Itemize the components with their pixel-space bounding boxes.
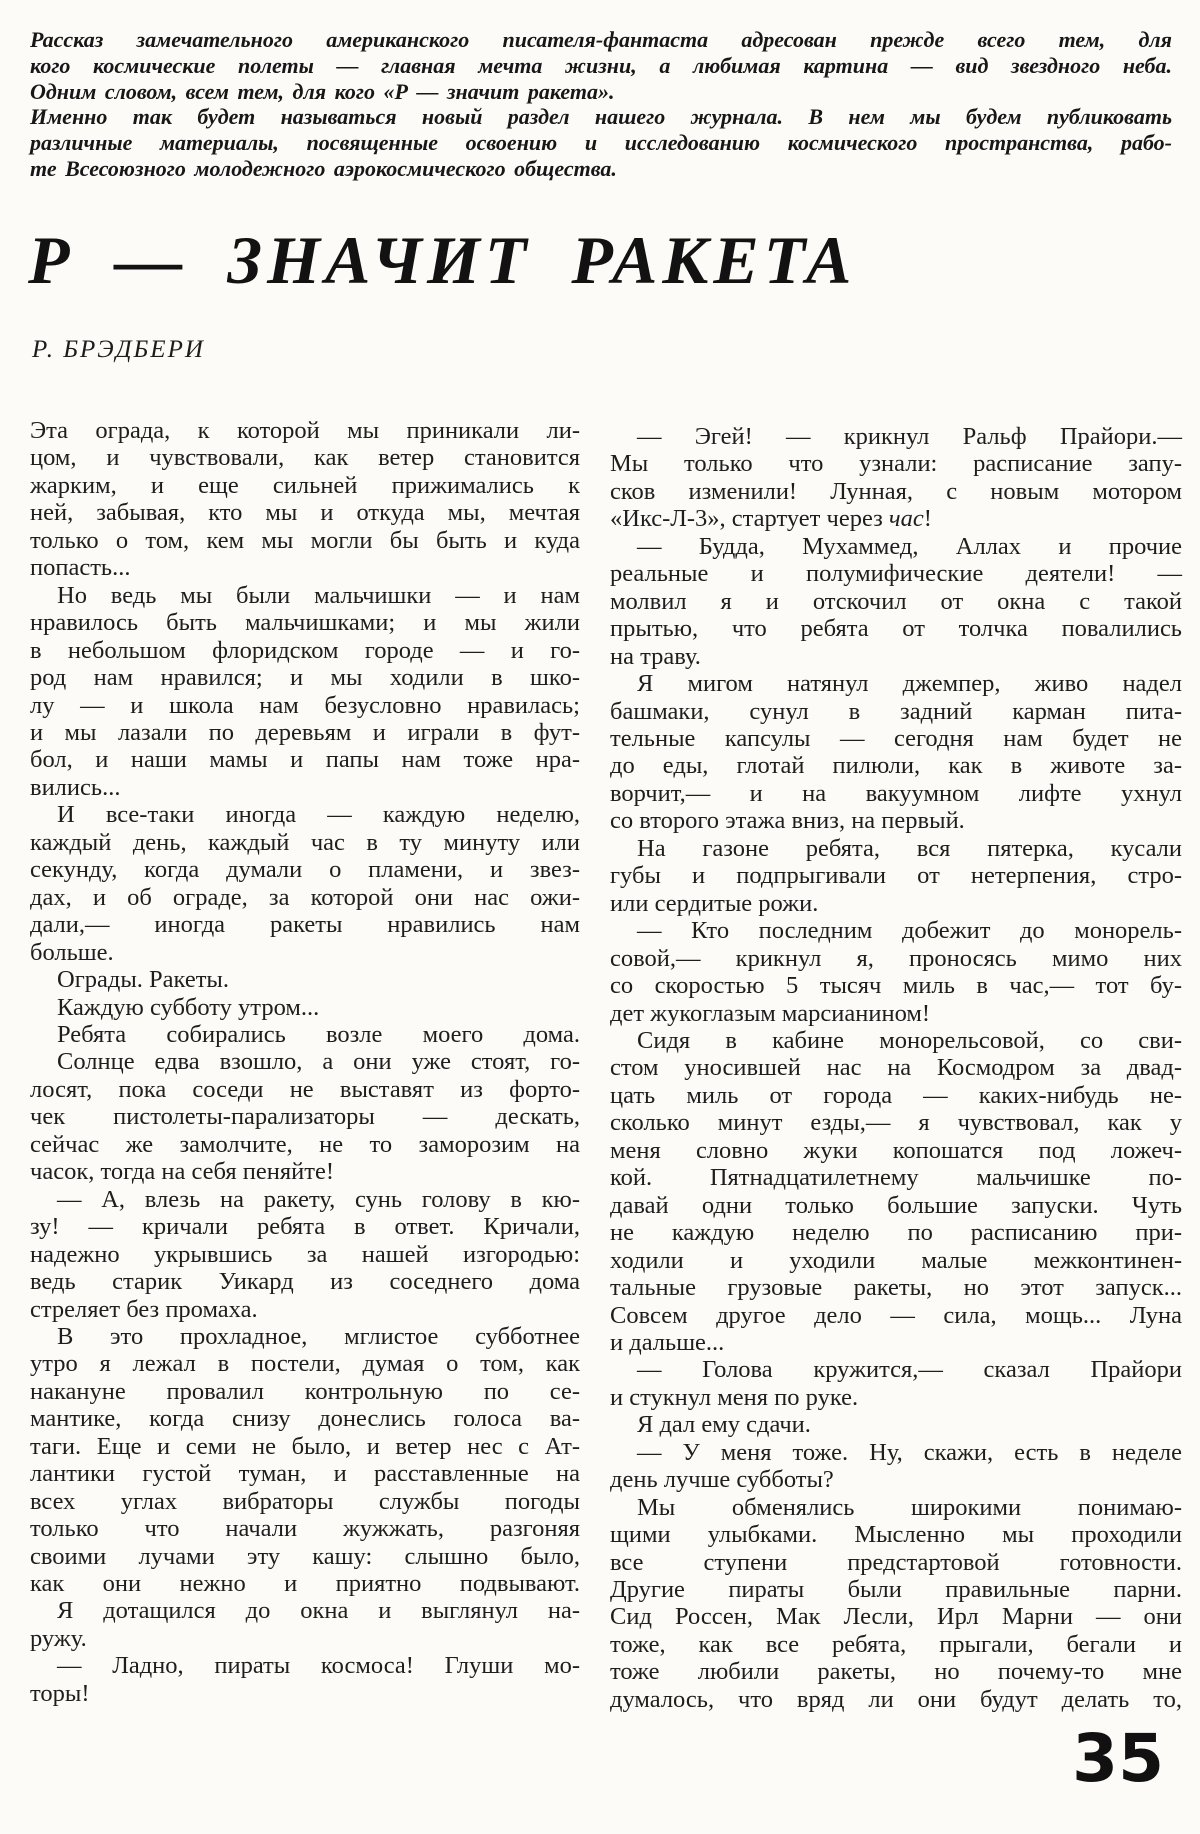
text-line: лу — и школа нам безусловно нравилась; bbox=[30, 692, 580, 719]
text-line: до еды, глотай пилюли, как в животе за- bbox=[610, 752, 1182, 779]
text-line: со второго этажа вниз, на первый. bbox=[610, 807, 1182, 834]
text-line: больше. bbox=[30, 939, 580, 966]
text-line: те Всесоюзного молодежного аэрокосмическ… bbox=[30, 156, 1172, 182]
text-line: тельные капсулы — сегодня нам будет не bbox=[610, 725, 1182, 752]
author-name: Р. БРЭДБЕРИ bbox=[32, 336, 205, 364]
text-line: кой. Пятнадцатилетнему мальчишке по- bbox=[610, 1164, 1182, 1191]
text-line: ведь старик Уикард из соседнего дома bbox=[30, 1268, 580, 1295]
text-line: на траву. bbox=[610, 643, 1182, 670]
text-line: род нам нравился; и мы ходили в шко- bbox=[30, 664, 580, 691]
text-line: бол, и наши мамы и папы нам тоже нра- bbox=[30, 746, 580, 773]
text-line: Я дал ему сдачи. bbox=[610, 1411, 1182, 1438]
text-line: Я мигом натянул джемпер, живо надел bbox=[610, 670, 1182, 697]
text-line: торы! bbox=[30, 1680, 580, 1707]
text-line: меня словно жуки копошатся под ложеч- bbox=[610, 1137, 1182, 1164]
text-line: — У меня тоже. Ну, скажи, есть в неделе bbox=[610, 1439, 1182, 1466]
text-line: часок, тогда на себя пеняйте! bbox=[30, 1158, 580, 1185]
story-title: Р — ЗНАЧИТ РАКЕТА bbox=[28, 226, 1028, 294]
text-line: надежно укрывшись за нашей изгородью: bbox=[30, 1241, 580, 1268]
text-line: тальные грузовые ракеты, но этот запуск.… bbox=[610, 1274, 1182, 1301]
text-line: Совсем другое дело — сила, мощь... Луна bbox=[610, 1302, 1182, 1329]
text-line: сколько минут езды,— я чувствовал, как у bbox=[610, 1109, 1182, 1136]
text-line: Одним словом, всем тем, для кого «Р — зн… bbox=[30, 79, 1172, 105]
text-line: всех углах вибраторы службы погоды bbox=[30, 1488, 580, 1515]
text-line: Ограды. Ракеты. bbox=[30, 966, 580, 993]
text-line: Мы только что узнали: расписание запу- bbox=[610, 450, 1182, 477]
text-line: как они нежно и приятно подвывают. bbox=[30, 1570, 580, 1597]
text-line: Солнце едва взошло, а они уже стоят, го- bbox=[30, 1048, 580, 1075]
text-line: дет жукоглазым марсианином! bbox=[610, 1000, 1182, 1027]
page-number: 35 bbox=[1072, 1726, 1164, 1792]
text-line: — А, влезь на ракету, сунь голову в кю- bbox=[30, 1186, 580, 1213]
text-line: молвил я и отскочил от окна с такой bbox=[610, 588, 1182, 615]
text-line: щими улыбками. Мысленно мы проходили bbox=[610, 1521, 1182, 1548]
text-line: дах, и об ограде, за которой они нас ожи… bbox=[30, 884, 580, 911]
text-line: Ребята собирались возле моего дома. bbox=[30, 1021, 580, 1048]
text-line: и мы лазали по деревьям и играли в фут- bbox=[30, 719, 580, 746]
text-line: Я дотащился до окна и выглянул на- bbox=[30, 1597, 580, 1624]
text-line: цать миль от города — каких-нибудь не- bbox=[610, 1082, 1182, 1109]
text-line: — Эгей! — крикнул Ральф Прайори.— bbox=[610, 423, 1182, 450]
text-line: губы и подпрыгивали от нетерпения, стро- bbox=[610, 862, 1182, 889]
magazine-page: Рассказ замечательного американского пис… bbox=[0, 0, 1200, 1834]
intro-paragraph: Рассказ замечательного американского пис… bbox=[30, 27, 1172, 182]
text-line: попасть... bbox=[30, 554, 580, 581]
text-line: жарким, и еще сильней прижимались к bbox=[30, 472, 580, 499]
text-line: утро я лежал в постели, думая о том, как bbox=[30, 1350, 580, 1377]
text-line: цом, и чувствовали, как ветер становится bbox=[30, 444, 580, 471]
text-line: — Голова кружится,— сказал Прайори bbox=[610, 1356, 1182, 1383]
text-line: — Ладно, пираты космоса! Глуши мо- bbox=[30, 1652, 580, 1679]
text-line: «Икс-Л-3», стартует через час! bbox=[610, 505, 1182, 532]
text-line: каждый день, каждый час в ту минуту или bbox=[30, 829, 580, 856]
text-line: давай одни только большие запуски. Чуть bbox=[610, 1192, 1182, 1219]
text-line: башмаки, сунул в задний карман пита- bbox=[610, 698, 1182, 725]
text-line: Сидя в кабине монорельсовой, со сви- bbox=[610, 1027, 1182, 1054]
text-line: — Кто последним добежит до монорель- bbox=[610, 917, 1182, 944]
text-line: ней, забывая, кто мы и откуда мы, мечтая bbox=[30, 499, 580, 526]
text-line: в небольшом флоридском городе — и го- bbox=[30, 637, 580, 664]
text-line: только о том, кем мы могли бы быть и куд… bbox=[30, 527, 580, 554]
text-line: только что начали жужжать, разгоняя bbox=[30, 1515, 580, 1542]
text-line: сейчас же замолчите, не то заморозим на bbox=[30, 1131, 580, 1158]
text-line: Мы обменялись широкими понимаю- bbox=[610, 1494, 1182, 1521]
text-line: секунду, когда думали о пламени, и звез- bbox=[30, 856, 580, 883]
text-line: Сид Россен, Мак Лесли, Ирл Марни — они bbox=[610, 1603, 1182, 1630]
text-line: нравилось быть мальчишками; и мы жили bbox=[30, 609, 580, 636]
text-line: тоже, как все ребята, прыгали, бегали и bbox=[610, 1631, 1182, 1658]
text-line: накануне провалил контрольную по се- bbox=[30, 1378, 580, 1405]
text-line: зу! — кричали ребята в ответ. Кричали, bbox=[30, 1213, 580, 1240]
text-line: Каждую субботу утром... bbox=[30, 994, 580, 1021]
text-line: дали,— иногда ракеты нравились нам bbox=[30, 911, 580, 938]
text-line: прытью, что ребята от толчка повалились bbox=[610, 615, 1182, 642]
text-line: таги. Еще и семи не было, и ветер нес с … bbox=[30, 1433, 580, 1460]
text-line: кого космические полеты — главная мечта … bbox=[30, 53, 1172, 79]
text-line: — Будда, Мухаммед, Аллах и прочие bbox=[610, 533, 1182, 560]
text-line: сков изменили! Лунная, с новым мотором bbox=[610, 478, 1182, 505]
text-line: На газоне ребята, вся пятерка, кусали bbox=[610, 835, 1182, 862]
text-line: и дальше... bbox=[610, 1329, 1182, 1356]
text-line: чек пистолеты-парализаторы — дескать, bbox=[30, 1103, 580, 1130]
text-line: Другие пираты были правильные парни. bbox=[610, 1576, 1182, 1603]
text-line: лантики густой туман, и расставленные на bbox=[30, 1460, 580, 1487]
text-line: не каждую неделю по расписанию при- bbox=[610, 1219, 1182, 1246]
text-line: вились... bbox=[30, 774, 580, 801]
text-line: реальные и полумифические деятели! — bbox=[610, 560, 1182, 587]
text-line: и стукнул меня по руке. bbox=[610, 1384, 1182, 1411]
text-line: со скоростью 5 тысяч миль в час,— тот бу… bbox=[610, 972, 1182, 999]
left-column: Эта ограда, к которой мы приникали ли-цо… bbox=[30, 417, 580, 1707]
text-line: стом уносившей нас на Космодром за двад- bbox=[610, 1054, 1182, 1081]
text-line: ружу. bbox=[30, 1625, 580, 1652]
text-line: мантике, когда снизу донеслись голоса ва… bbox=[30, 1405, 580, 1432]
text-line: И все-таки иногда — каждую неделю, bbox=[30, 801, 580, 828]
text-line: своими лучами эту кашу: слышно было, bbox=[30, 1543, 580, 1570]
text-line: Но ведь мы были мальчишки — и нам bbox=[30, 582, 580, 609]
text-line: день лучше субботы? bbox=[610, 1466, 1182, 1493]
text-line: совой,— крикнул я, проносясь мимо них bbox=[610, 945, 1182, 972]
text-line: различные материалы, посвященные освоени… bbox=[30, 130, 1172, 156]
text-line: Рассказ замечательного американского пис… bbox=[30, 27, 1172, 53]
text-line: тоже любили ракеты, но почему-то мне bbox=[610, 1658, 1182, 1685]
right-column: — Эгей! — крикнул Ральф Прайори.—Мы толь… bbox=[610, 423, 1182, 1713]
text-line: Эта ограда, к которой мы приникали ли- bbox=[30, 417, 580, 444]
text-line: В это прохладное, мглистое субботнее bbox=[30, 1323, 580, 1350]
text-line: стреляет без промаха. bbox=[30, 1296, 580, 1323]
text-line: или сердитые рожи. bbox=[610, 890, 1182, 917]
text-line: ходили и уходили малые межконтинен- bbox=[610, 1247, 1182, 1274]
text-line: все ступени предстартовой готовности. bbox=[610, 1549, 1182, 1576]
text-line: Именно так будет называться новый раздел… bbox=[30, 104, 1172, 130]
text-line: ворчит,— и на вакуумном лифте ухнул bbox=[610, 780, 1182, 807]
text-line: думалось, что вряд ли они будут делать т… bbox=[610, 1686, 1182, 1713]
text-line: лосят, пока соседи не выставят из форто- bbox=[30, 1076, 580, 1103]
